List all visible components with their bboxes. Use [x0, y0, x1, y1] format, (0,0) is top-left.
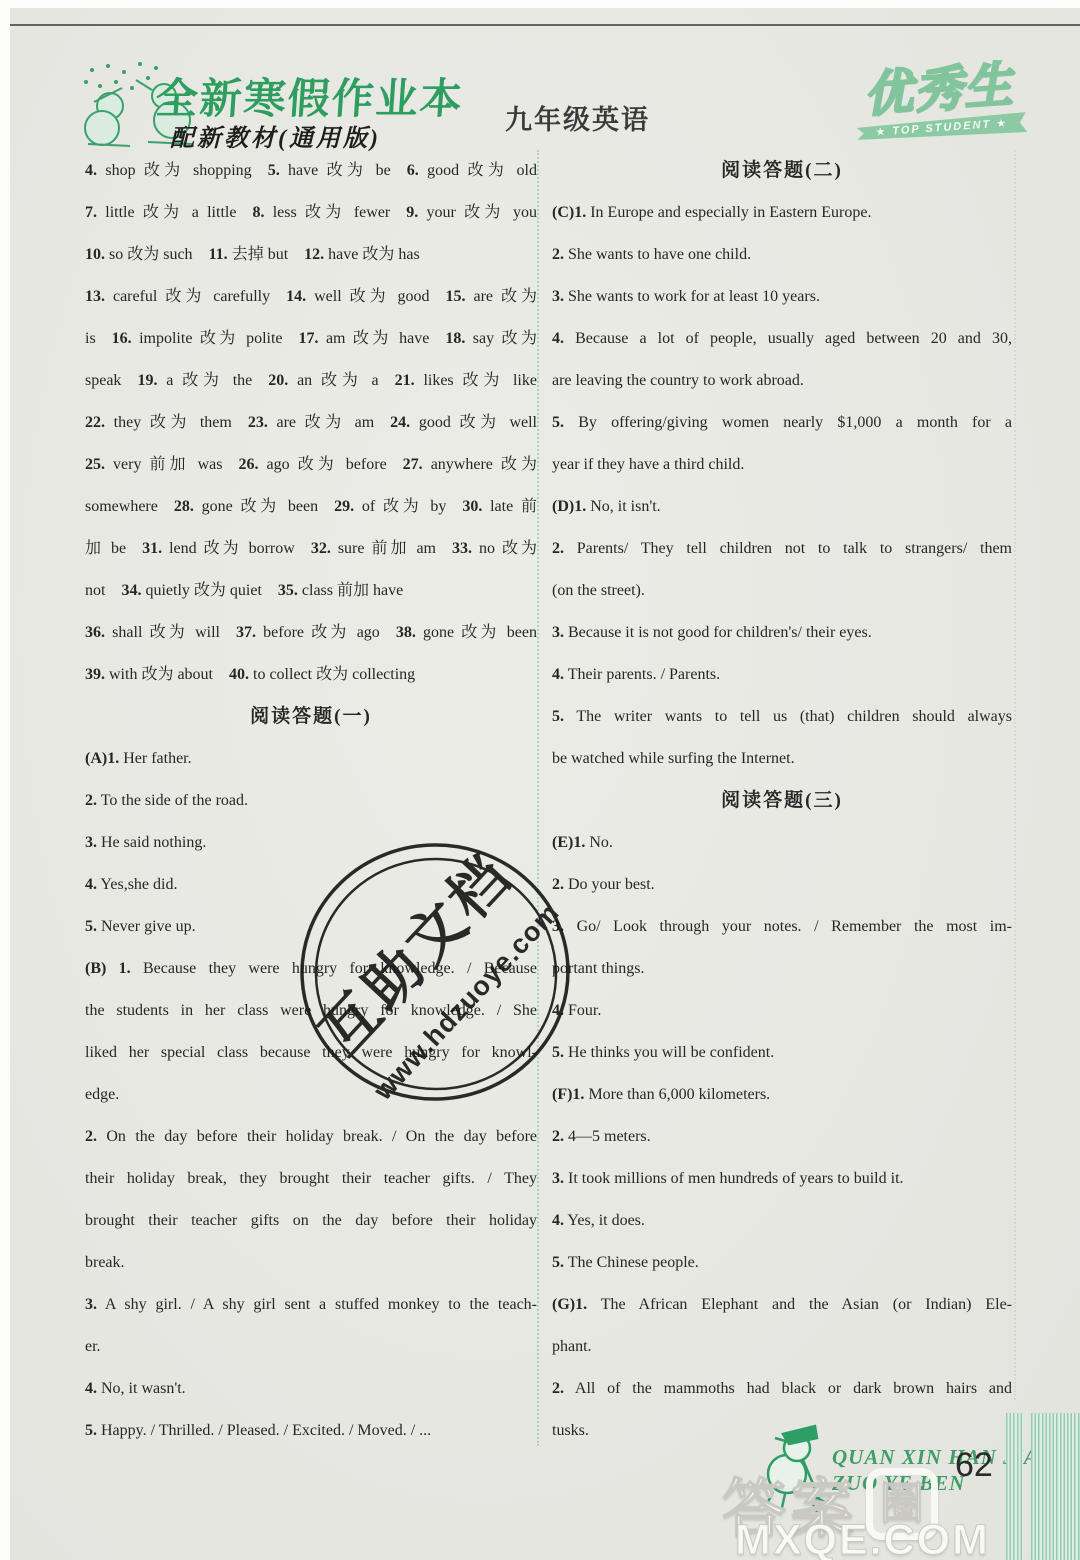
answer-line: 3. She wants to work for at least 10 yea…: [552, 276, 1012, 318]
answers-column-left: 4. shop 改为 shopping 5. have 改为 be 6. goo…: [85, 150, 537, 1452]
page-number: 62: [955, 1446, 993, 1485]
answer-line: 3. Because it is not good for children's…: [552, 612, 1012, 654]
answer-line: are leaving the country to work abroad.: [552, 360, 1012, 402]
answer-line: phant.: [552, 1326, 1012, 1368]
answer-line: 5. He thinks you will be confident.: [552, 1032, 1012, 1074]
green-stripe-block-wide: [1031, 1413, 1080, 1560]
answer-line: 2. Do your best.: [552, 864, 1012, 906]
section-heading: 阅读答题(二): [552, 150, 1012, 192]
answer-line: break.: [85, 1242, 537, 1284]
answer-line: 39. with 改为 about 40. to collect 改为 coll…: [85, 654, 537, 696]
answer-line: 2. She wants to have one child.: [552, 234, 1012, 276]
top-student-logo-text: 优秀生: [843, 59, 1036, 122]
answer-line: 13. careful 改为 carefully 14. well 改为 goo…: [85, 276, 537, 318]
answer-line: their holiday break, they brought their …: [85, 1158, 537, 1200]
column-divider: [537, 150, 539, 1446]
answer-line: brought their teacher gifts on the day b…: [85, 1200, 537, 1242]
green-stripe-block-narrow: [1006, 1413, 1023, 1560]
answer-line: (on the street).: [552, 570, 1012, 612]
answer-line: 4. Because a lot of people, usually aged…: [552, 318, 1012, 360]
answer-line: not 34. quietly 改为 quiet 35. class 前加 ha…: [85, 570, 537, 612]
scan-edge-left: [0, 0, 10, 1560]
answer-line: (E)1. No.: [552, 822, 1012, 864]
section-heading: 阅读答题(三): [552, 780, 1012, 822]
answer-line: 加 be 31. lend 改为 borrow 32. sure 前加 am 3…: [85, 528, 537, 570]
document-stamp: 互助文档 www.hdzuoye.com: [295, 838, 575, 1110]
answer-line: year if they have a third child.: [552, 444, 1012, 486]
answer-line: (F)1. More than 6,000 kilometers.: [552, 1074, 1012, 1116]
scan-edge-top: [0, 0, 1080, 8]
answers-column-right: 阅读答题(二)(C)1. In Europe and especially in…: [552, 150, 1012, 1452]
answer-line: er.: [85, 1326, 537, 1368]
answer-line: 25. very 前加 was 26. ago 改为 before 27. an…: [85, 444, 537, 486]
right-margin-rule: [1014, 150, 1016, 1400]
answer-line: 4. No, it wasn't.: [85, 1368, 537, 1410]
answer-line: 3. It took millions of men hundreds of y…: [552, 1158, 1012, 1200]
answer-line: 4. Their parents. / Parents.: [552, 654, 1012, 696]
answer-line: portant things.: [552, 948, 1012, 990]
answer-line: 5. Happy. / Thrilled. / Pleased. / Excit…: [85, 1410, 537, 1452]
answer-line: 5. The Chinese people.: [552, 1242, 1012, 1284]
answer-line: be watched while surfing the Internet.: [552, 738, 1012, 780]
answer-line: (C)1. In Europe and especially in Easter…: [552, 192, 1012, 234]
answer-line: 5. The writer wants to tell us (that) ch…: [552, 696, 1012, 738]
answer-line: 36. shall 改为 will 37. before 改为 ago 38. …: [85, 612, 537, 654]
workbook-answer-page: 全新寒假作业本 配新教材(通用版) 九年级英语 优秀生 ★ TOP STUDEN…: [0, 0, 1080, 1560]
answer-line: 22. they 改为 them 23. are 改为 am 24. good …: [85, 402, 537, 444]
top-student-logo: 优秀生 ★ TOP STUDENT ★: [843, 59, 1038, 144]
watermark-site-url: MXQE.COM: [735, 1516, 990, 1560]
series-title: 全新寒假作业本: [154, 66, 466, 126]
answer-line: 10. so 改为 such 11. 去掉 but 12. have 改为 ha…: [85, 234, 537, 276]
answer-line: (A)1. Her father.: [85, 738, 537, 780]
answer-line: 3. A shy girl. / A shy girl sent a stuff…: [85, 1284, 537, 1326]
answer-line: 2. Parents/ They tell children not to ta…: [552, 528, 1012, 570]
answer-line: 5. By offering/giving women nearly $1,00…: [552, 402, 1012, 444]
answer-line: 7. little 改为 a little 8. less 改为 fewer 9…: [85, 192, 537, 234]
answer-line: 3. Go/ Look through your notes. / Rememb…: [552, 906, 1012, 948]
answer-line: (D)1. No, it isn't.: [552, 486, 1012, 528]
answer-line: 2. On the day before their holiday break…: [85, 1116, 537, 1158]
answer-line: (G)1. The African Elephant and the Asian…: [552, 1284, 1012, 1326]
answer-line: 4. Four.: [552, 990, 1012, 1032]
answer-line: 2. 4—5 meters.: [552, 1116, 1012, 1158]
answer-line: speak 19. a 改为 the 20. an 改为 a 21. likes…: [85, 360, 537, 402]
series-subtitle: 配新教材(通用版): [170, 118, 381, 153]
answer-line: 4. Yes, it does.: [552, 1200, 1012, 1242]
answer-line: 2. All of the mammoths had black or dark…: [552, 1368, 1012, 1410]
page-top-rule: [10, 24, 1080, 26]
answer-line: somewhere 28. gone 改为 been 29. of 改为 by …: [85, 486, 537, 528]
section-heading: 阅读答题(一): [85, 696, 537, 738]
answer-line: 4. shop 改为 shopping 5. have 改为 be 6. goo…: [85, 150, 537, 192]
answer-line: is 16. impolite 改为 polite 17. am 改为 have…: [85, 318, 537, 360]
answer-line: 2. To the side of the road.: [85, 780, 537, 822]
